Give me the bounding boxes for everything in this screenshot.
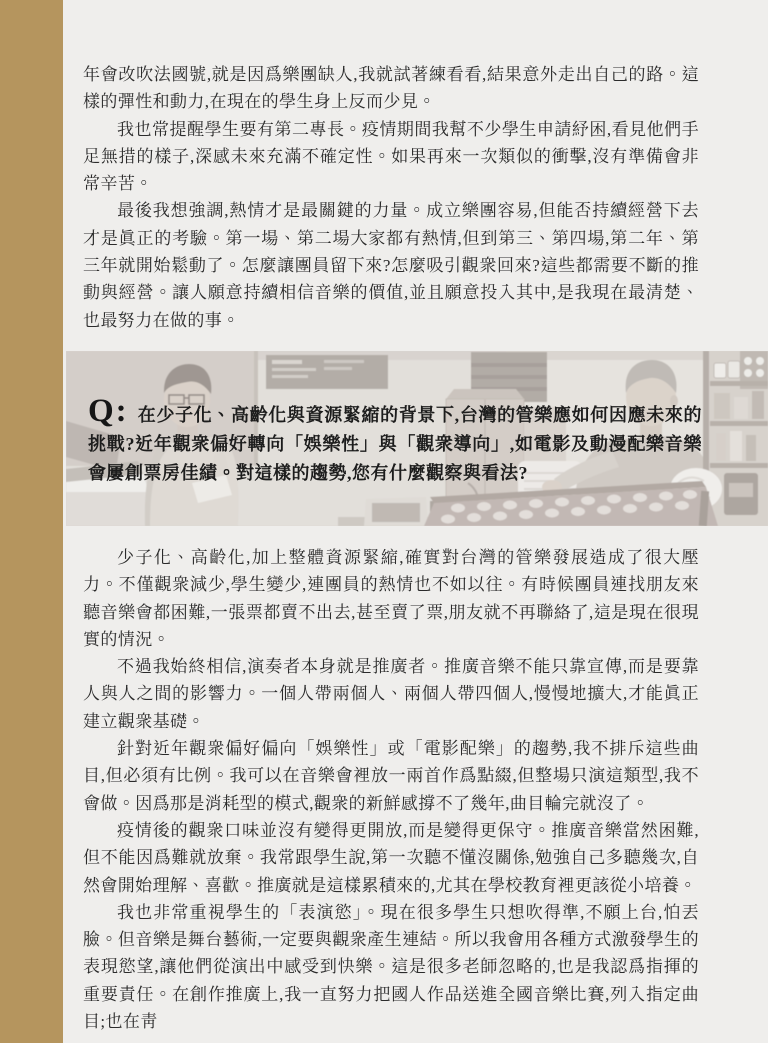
- left-accent-stripe: [0, 0, 63, 1043]
- paragraph: 我也非常重視學生的「表演慾」。現在很多學生只想吹得準,不願上台,怕丟臉。但音樂是…: [83, 899, 699, 1035]
- paragraph: 少子化、高齡化,加上整體資源緊縮,確實對台灣的管樂發展造成了很大壓力。不僅觀衆減…: [83, 544, 699, 653]
- paragraph: 疫情後的觀衆口味並沒有變得更開放,而是變得更保守。推廣音樂當然困難,但不能因爲難…: [83, 817, 699, 899]
- article-text-bottom: 少子化、高齡化,加上整體資源緊縮,確實對台灣的管樂發展造成了很大壓力。不僅觀衆減…: [83, 544, 699, 1035]
- paragraph: 最後我想強調,熱情才是最關鍵的力量。成立樂團容易,但能否持續經營下去才是眞正的考…: [83, 197, 699, 333]
- interview-photo: Q:在少子化、高齡化與資源緊縮的背景下,台灣的管樂應如何因應未來的挑戰?近年觀衆…: [66, 351, 768, 526]
- paragraph: 我也常提醒學生要有第二專長。疫情期間我幫不少學生申請紓困,看見他們手足無措的樣子…: [83, 116, 699, 198]
- question-text: 在少子化、高齡化與資源緊縮的背景下,台灣的管樂應如何因應未來的挑戰?近年觀衆偏好…: [88, 405, 702, 483]
- question-label: Q:: [88, 393, 129, 429]
- paragraph: 針對近年觀衆偏好偏向「娛樂性」或「電影配樂」的趨勢,我不排斥這些曲目,但必須有比…: [83, 735, 699, 817]
- question-block: Q:在少子化、高齡化與資源緊縮的背景下,台灣的管樂應如何因應未來的挑戰?近年觀衆…: [88, 397, 702, 488]
- article-text-top: 年會改吹法國號,就是因爲樂團缺人,我就試著練看看,結果意外走出自己的路。這樣的彈…: [83, 61, 699, 334]
- magazine-page: 年會改吹法國號,就是因爲樂團缺人,我就試著練看看,結果意外走出自己的路。這樣的彈…: [0, 0, 768, 1043]
- paragraph: 年會改吹法國號,就是因爲樂團缺人,我就試著練看看,結果意外走出自己的路。這樣的彈…: [83, 61, 699, 116]
- paragraph: 不過我始終相信,演奏者本身就是推廣者。推廣音樂不能只靠宣傳,而是要靠人與人之間的…: [83, 653, 699, 735]
